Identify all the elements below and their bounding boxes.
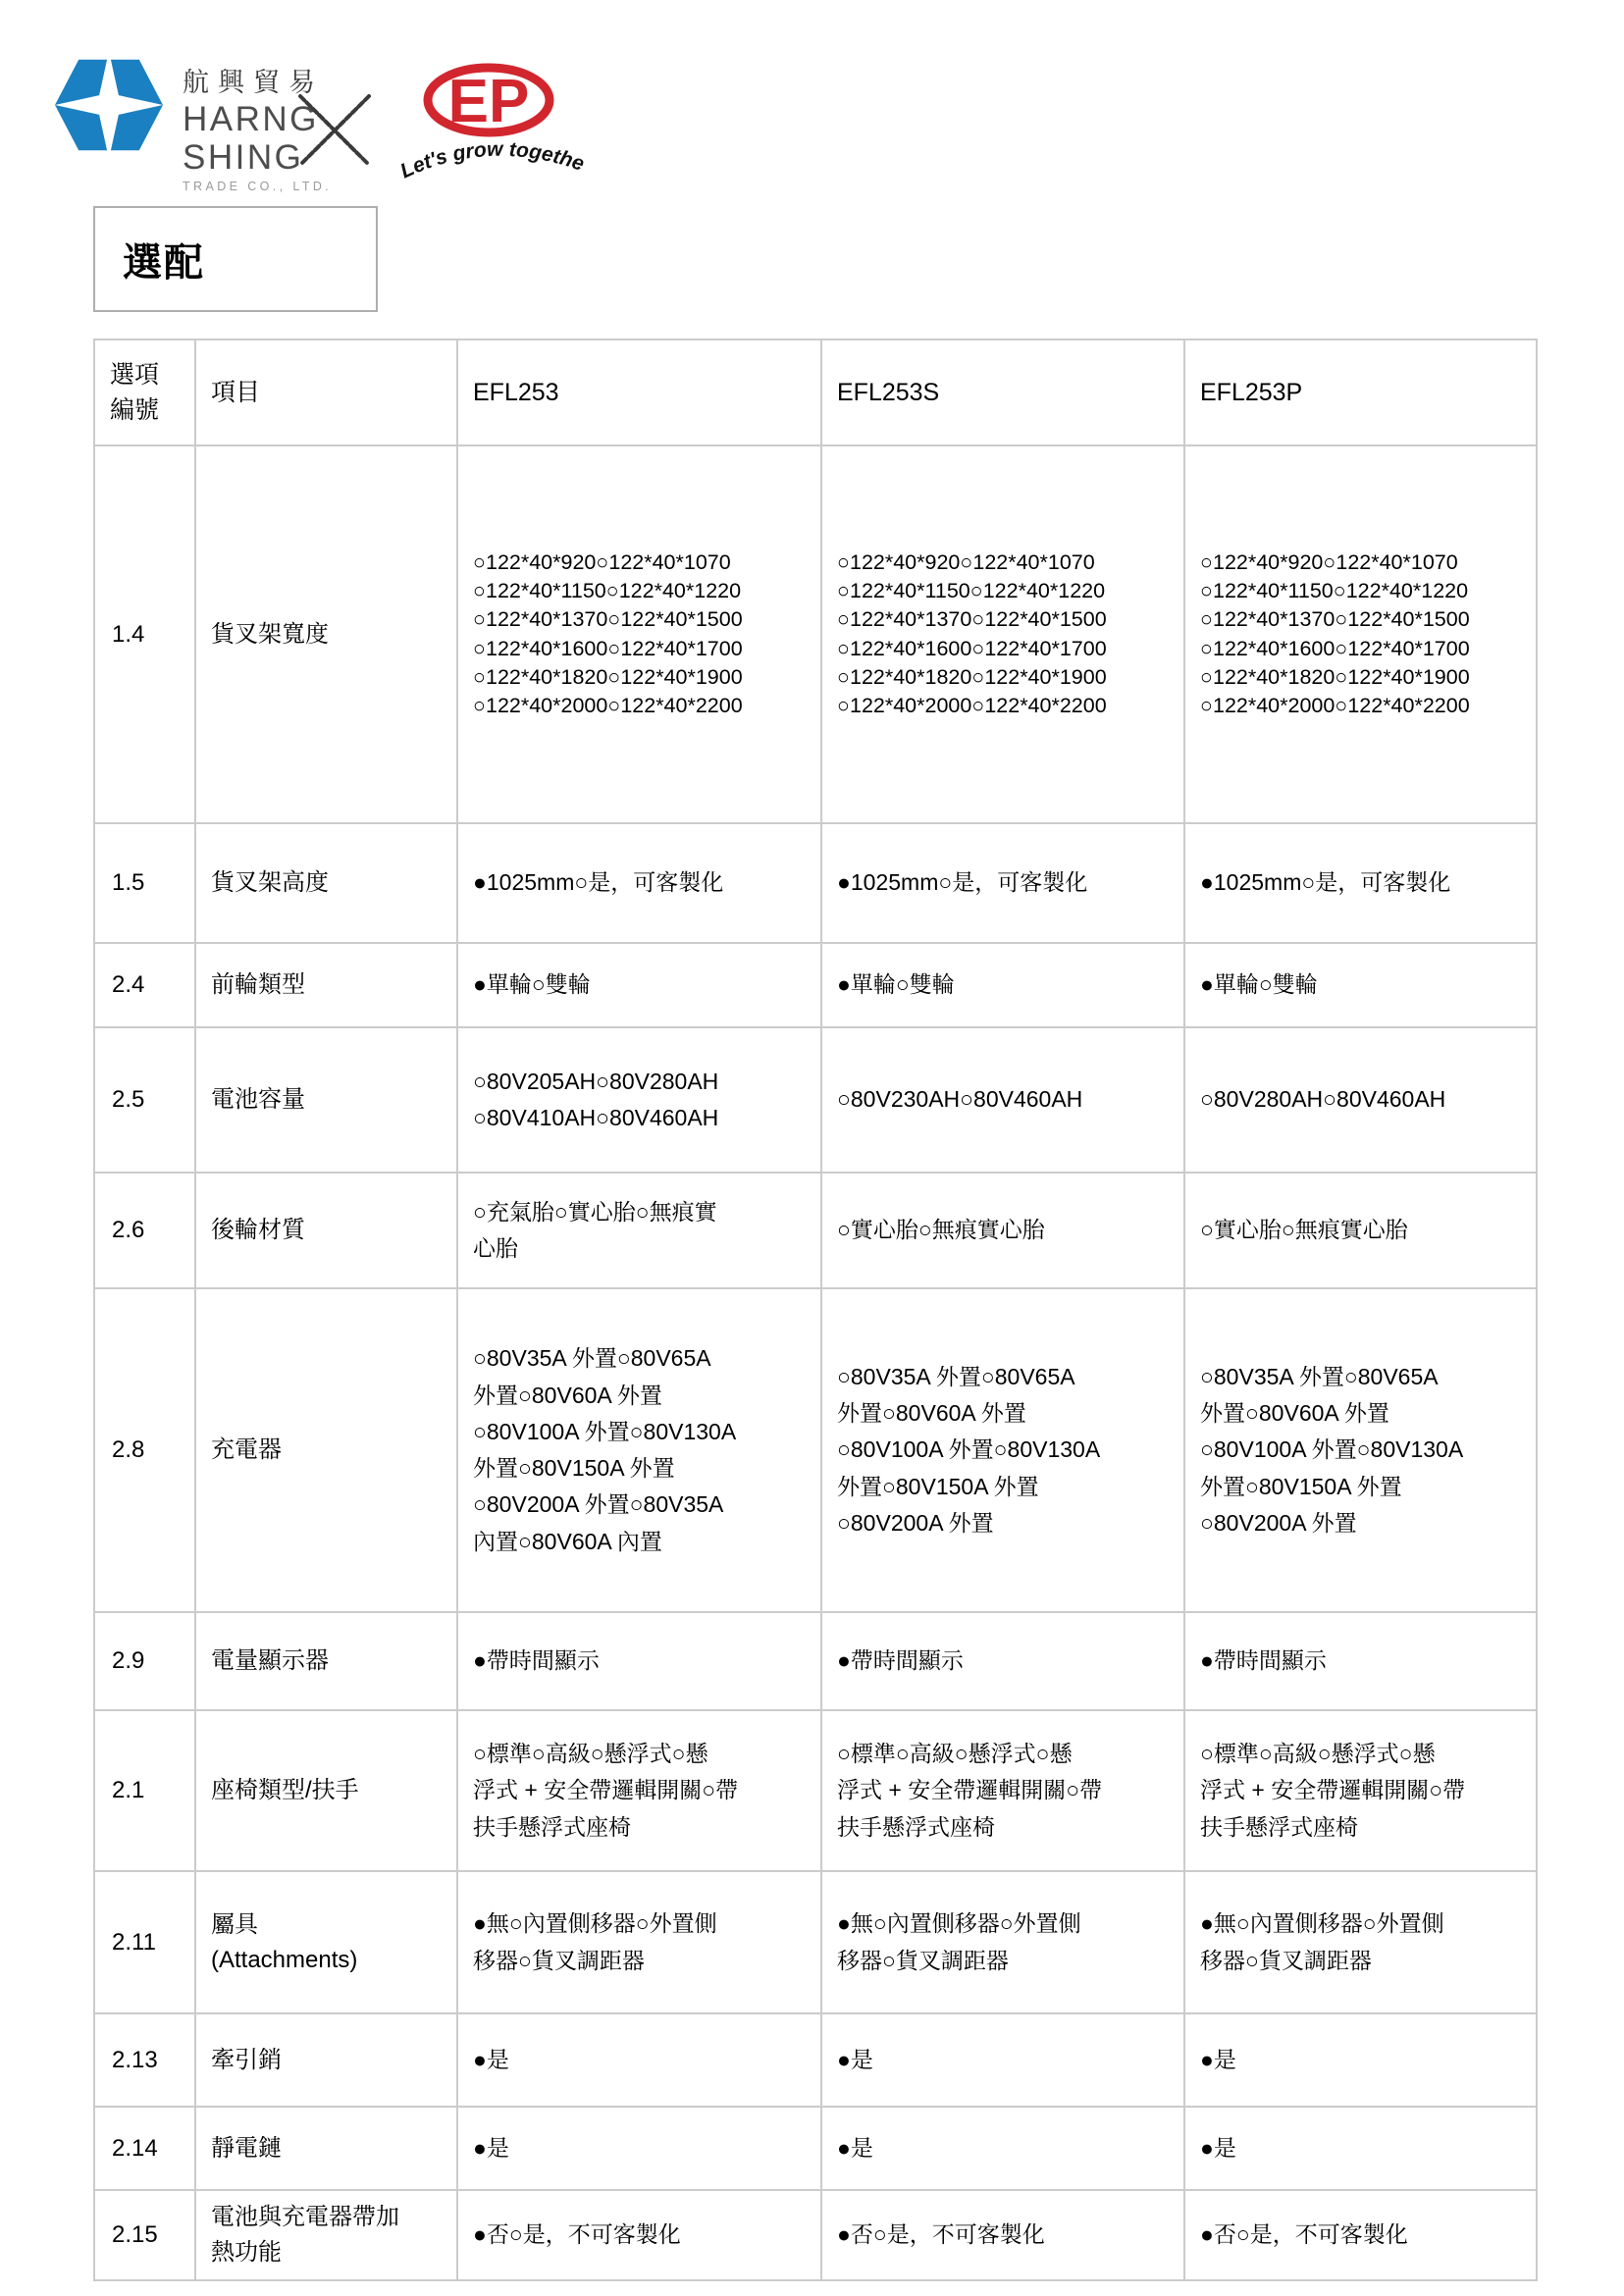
efl253p-cell: ○80V35A 外置○80V65A 外置○80V60A 外置 ○80V100A … [1184, 1288, 1537, 1612]
item-cell: 屬具 (Attachments) [195, 1871, 457, 2013]
efl253-cell: ●是 [457, 2107, 821, 2190]
efl253p-cell: ●無○內置側移器○外置側 移器○貨叉調距器 [1184, 1871, 1537, 2013]
item-cell: 電量顯示器 [195, 1612, 457, 1710]
options-table: 選項 編號 項目 EFL253 EFL253S EFL253P 1.4 貨叉架寬… [93, 339, 1538, 2281]
efl253-cell: ●單輪○雙輪 [457, 943, 821, 1027]
item-cell: 電池與充電器帶加 熱功能 [195, 2190, 457, 2280]
ep-logo-letters: EP [448, 68, 530, 135]
efl253s-cell: ○標準○高級○懸浮式○懸 浮式 + 安全帶邏輯開關○帶 扶手懸浮式座椅 [821, 1710, 1184, 1871]
efl253-cell: ●帶時間顯示 [457, 1612, 821, 1710]
table-row: 2.9 電量顯示器 ●帶時間顯示 ●帶時間顯示 ●帶時間顯示 [94, 1612, 1537, 1710]
efl253-cell: ●1025mm○是，可客製化 [457, 823, 821, 943]
efl253p-cell: ●否○是，不可客製化 [1184, 2190, 1537, 2280]
option-number-cell: 2.1 [94, 1710, 195, 1871]
header-efl253p: EFL253P [1184, 339, 1537, 445]
efl253p-cell: ○80V280AH○80V460AH [1184, 1027, 1537, 1173]
table-row: 1.5 貨叉架高度 ●1025mm○是，可客製化 ●1025mm○是，可客製化 … [94, 823, 1537, 943]
efl253-cell: ○充氣胎○實心胎○無痕實 心胎 [457, 1173, 821, 1288]
item-cell: 充電器 [195, 1288, 457, 1612]
efl253p-cell: ○實心胎○無痕實心胎 [1184, 1173, 1537, 1288]
efl253s-cell: ○80V230AH○80V460AH [821, 1027, 1184, 1173]
item-cell: 貨叉架寬度 [195, 445, 457, 823]
item-cell: 座椅類型/扶手 [195, 1710, 457, 1871]
option-number-cell: 2.6 [94, 1173, 195, 1288]
item-cell: 後輪材質 [195, 1173, 457, 1288]
item-cell: 牽引銷 [195, 2013, 457, 2107]
efl253-cell: ●是 [457, 2013, 821, 2107]
option-number-cell: 2.14 [94, 2107, 195, 2190]
efl253s-cell: ●1025mm○是，可客製化 [821, 823, 1184, 943]
ep-logo: EP Let's grow together [391, 43, 597, 185]
header-option-number: 選項 編號 [94, 339, 195, 445]
collaboration-x-icon [292, 90, 377, 171]
harng-shing-logo [54, 51, 164, 159]
table-row: 2.6 後輪材質 ○充氣胎○實心胎○無痕實 心胎 ○實心胎○無痕實心胎 ○實心胎… [94, 1173, 1537, 1288]
efl253p-cell: ○標準○高級○懸浮式○懸 浮式 + 安全帶邏輯開關○帶 扶手懸浮式座椅 [1184, 1710, 1537, 1871]
efl253-cell: ●無○內置側移器○外置側 移器○貨叉調距器 [457, 1871, 821, 2013]
brand-header: 航興貿易 HARNG SHING TRADE CO., LTD. EP Let'… [0, 0, 1624, 206]
harng-shing-logo-icon [54, 51, 164, 159]
table-row: 2.14 靜電鏈 ●是 ●是 ●是 [94, 2107, 1537, 2190]
efl253-cell: ○80V35A 外置○80V65A 外置○80V60A 外置 ○80V100A … [457, 1288, 821, 1612]
efl253p-cell: ●帶時間顯示 [1184, 1612, 1537, 1710]
item-cell: 靜電鏈 [195, 2107, 457, 2190]
efl253s-cell: ●是 [821, 2107, 1184, 2190]
table-row: 2.8 充電器 ○80V35A 外置○80V65A 外置○80V60A 外置 ○… [94, 1288, 1537, 1612]
efl253p-cell: ○122*40*920○122*40*1070 ○122*40*1150○122… [1184, 445, 1537, 823]
efl253-cell: ○122*40*920○122*40*1070 ○122*40*1150○122… [457, 445, 821, 823]
header-row: 選項 編號 項目 EFL253 EFL253S EFL253P [94, 339, 1537, 445]
item-cell: 電池容量 [195, 1027, 457, 1173]
table-row: 2.1 座椅類型/扶手 ○標準○高級○懸浮式○懸 浮式 + 安全帶邏輯開關○帶 … [94, 1710, 1537, 1871]
efl253p-cell: ●是 [1184, 2107, 1537, 2190]
header-efl253s: EFL253S [821, 339, 1184, 445]
harng-shing-subtitle: TRADE CO., LTD. [183, 180, 332, 193]
efl253p-cell: ●是 [1184, 2013, 1537, 2107]
efl253s-cell: ○122*40*920○122*40*1070 ○122*40*1150○122… [821, 445, 1184, 823]
table-row: 2.15 電池與充電器帶加 熱功能 ●否○是，不可客製化 ●否○是，不可客製化 … [94, 2190, 1537, 2280]
option-number-cell: 2.13 [94, 2013, 195, 2107]
efl253s-cell: ●否○是，不可客製化 [821, 2190, 1184, 2280]
table-row: 1.4 貨叉架寬度 ○122*40*920○122*40*1070 ○122*4… [94, 445, 1537, 823]
option-number-cell: 1.5 [94, 823, 195, 943]
efl253-cell: ○標準○高級○懸浮式○懸 浮式 + 安全帶邏輯開關○帶 扶手懸浮式座椅 [457, 1710, 821, 1871]
option-number-cell: 2.4 [94, 943, 195, 1027]
table-row: 2.5 電池容量 ○80V205AH○80V280AH ○80V410AH○80… [94, 1027, 1537, 1173]
page-title-box: 選配 [93, 206, 378, 312]
option-number-cell: 2.11 [94, 1871, 195, 2013]
item-cell: 貨叉架高度 [195, 823, 457, 943]
header-efl253: EFL253 [457, 339, 821, 445]
option-number-cell: 2.15 [94, 2190, 195, 2280]
efl253s-cell: ○80V35A 外置○80V65A 外置○80V60A 外置 ○80V100A … [821, 1288, 1184, 1612]
efl253s-cell: ●無○內置側移器○外置側 移器○貨叉調距器 [821, 1871, 1184, 2013]
efl253s-cell: ○實心胎○無痕實心胎 [821, 1173, 1184, 1288]
page-title: 選配 [123, 232, 205, 287]
table-row: 2.11 屬具 (Attachments) ●無○內置側移器○外置側 移器○貨叉… [94, 1871, 1537, 2013]
efl253p-cell: ●1025mm○是，可客製化 [1184, 823, 1537, 943]
table-row: 2.4 前輪類型 ●單輪○雙輪 ●單輪○雙輪 ●單輪○雙輪 [94, 943, 1537, 1027]
efl253-cell: ●否○是，不可客製化 [457, 2190, 821, 2280]
option-number-cell: 2.5 [94, 1027, 195, 1173]
option-number-cell: 2.9 [94, 1612, 195, 1710]
option-number-cell: 2.8 [94, 1288, 195, 1612]
table-row: 2.13 牽引銷 ●是 ●是 ●是 [94, 2013, 1537, 2107]
efl253s-cell: ●帶時間顯示 [821, 1612, 1184, 1710]
option-number-cell: 1.4 [94, 445, 195, 823]
item-cell: 前輪類型 [195, 943, 457, 1027]
efl253s-cell: ●是 [821, 2013, 1184, 2107]
header-item: 項目 [195, 339, 457, 445]
efl253p-cell: ●單輪○雙輪 [1184, 943, 1537, 1027]
efl253-cell: ○80V205AH○80V280AH ○80V410AH○80V460AH [457, 1027, 821, 1173]
page: 航興貿易 HARNG SHING TRADE CO., LTD. EP Let'… [0, 0, 1624, 2296]
efl253s-cell: ●單輪○雙輪 [821, 943, 1184, 1027]
